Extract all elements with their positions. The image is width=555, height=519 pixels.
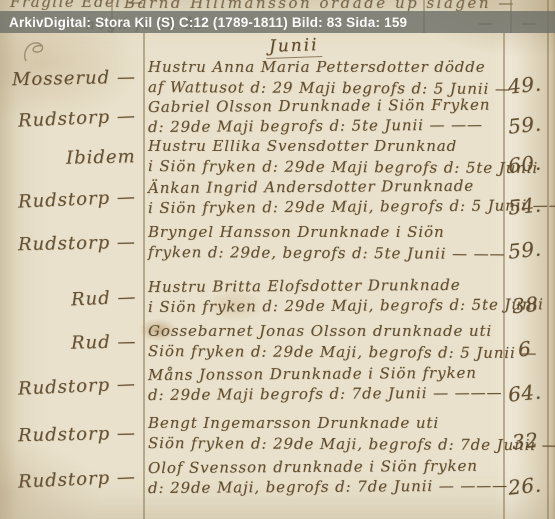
burial-record: Rudstorp — Gabriel Olsson Drunknade i Si…: [0, 97, 555, 136]
burial-record: Rud — Gossebarnet Jonas Olsson drunknade…: [0, 321, 555, 365]
record-line: Siön fryken d: 29de Maji, begrofs d: 7de…: [148, 433, 503, 455]
burial-record: Rud — Hustru Britta Elofsdotter Drunknad…: [0, 277, 555, 321]
record-line: Hustru Britta Elofsdotter Drunknade: [148, 275, 503, 297]
place-name: Rudstorp —: [18, 373, 137, 399]
record-line: Bryngel Hansson Drunknade i Siön: [148, 222, 503, 242]
age-value: 59.: [507, 236, 543, 263]
burial-record: Rudstorp — Måns Jonsson Drunknade i Siön…: [0, 365, 555, 413]
arkivdigital-viewer: Fraglie Edel — Barnd Hillmansson ordade …: [0, 0, 555, 519]
month-heading: Junii: [266, 35, 322, 59]
record-line: Gossebarnet Jonas Olsson drunknade uti: [148, 321, 503, 341]
burial-record: Rudstorp — Bengt Ingemarsson Drunknade u…: [0, 413, 555, 458]
record-line: i Siön fryken d: 29de Maji, begrofs d: 5…: [148, 196, 503, 218]
record-line: Siön fryken d: 29de Maji, begrofs d: 5 J…: [148, 341, 503, 363]
record-line: d: 29de Maji begrofs d: 5te Junii — ——: [148, 115, 503, 137]
place-name: Rudstorp —: [18, 231, 136, 254]
place-name: Rud —: [70, 331, 136, 353]
place-name: Ibidem: [66, 146, 136, 168]
place-name: Rudstorp —: [18, 466, 137, 492]
record-line: i Siön fryken d: 29de Maji begrofs d: 5t…: [148, 156, 503, 178]
record-line: Olof Svensson drunknade i Siön fryken: [148, 456, 503, 478]
burial-record: Rudstorp — Bryngel Hansson Drunknade i S…: [0, 222, 555, 277]
source-info-bar: ArkivDigital: Stora Kil (S) C:12 (1789-1…: [0, 11, 555, 33]
record-line: d: 29de Maji, begrofs d: 7de Junii — ———: [148, 476, 503, 498]
source-info-text: ArkivDigital: Stora Kil (S) C:12 (1789-1…: [9, 15, 407, 30]
burial-record: Rudstorp — Änkan Ingrid Andersdotter Dru…: [0, 178, 555, 222]
record-line: Måns Jonsson Drunknade i Siön fryken: [148, 363, 503, 385]
record-line: Änkan Ingrid Andersdotter Drunknade: [148, 176, 503, 198]
age-value: 59.: [507, 111, 543, 138]
place-name: Rudstorp —: [18, 105, 137, 131]
burial-record: Rudstorp — Olof Svensson drunknade i Siö…: [0, 458, 555, 516]
age-value: 6: [517, 336, 533, 361]
place-name: Rudstorp —: [18, 186, 137, 212]
age-value: 38: [511, 292, 540, 319]
record-line: Hustru Anna Maria Pettersdotter dödde: [148, 57, 503, 77]
record-line: i Siön fryken d: 29de Maji, begrofs d: 5…: [148, 295, 503, 317]
record-line: Gabriel Olsson Drunknade i Siön Fryken: [148, 95, 503, 117]
burial-record: Mosserud — Hustru Anna Maria Pettersdott…: [0, 57, 555, 97]
record-line: d: 29de Maji begrofs d: 7de Junii — ———: [148, 383, 503, 405]
record-line: Hustru Ellika Svensdotter Drunknad: [148, 136, 503, 156]
age-value: 60.: [507, 150, 543, 177]
age-value: 49.: [507, 71, 543, 98]
age-value: 32: [511, 428, 540, 455]
age-value: 54.: [507, 192, 543, 219]
place-name: Mosserud —: [12, 66, 136, 90]
place-name: Rud —: [70, 286, 136, 310]
place-name: Rudstorp —: [18, 422, 136, 445]
record-line: Bengt Ingemarsson Drunknade uti: [148, 413, 503, 433]
age-value: 64.: [507, 379, 543, 406]
record-line: fryken d: 29de, begrofs d: 5te Junii — —…: [148, 242, 503, 264]
record-list: Mosserud — Hustru Anna Maria Pettersdott…: [0, 57, 555, 516]
age-value: 26.: [507, 472, 543, 499]
burial-register-page: Junii Mosserud — Hustru Anna Maria Pette…: [0, 33, 555, 519]
burial-record: Ibidem Hustru Ellika Svensdotter Drunkna…: [0, 136, 555, 178]
